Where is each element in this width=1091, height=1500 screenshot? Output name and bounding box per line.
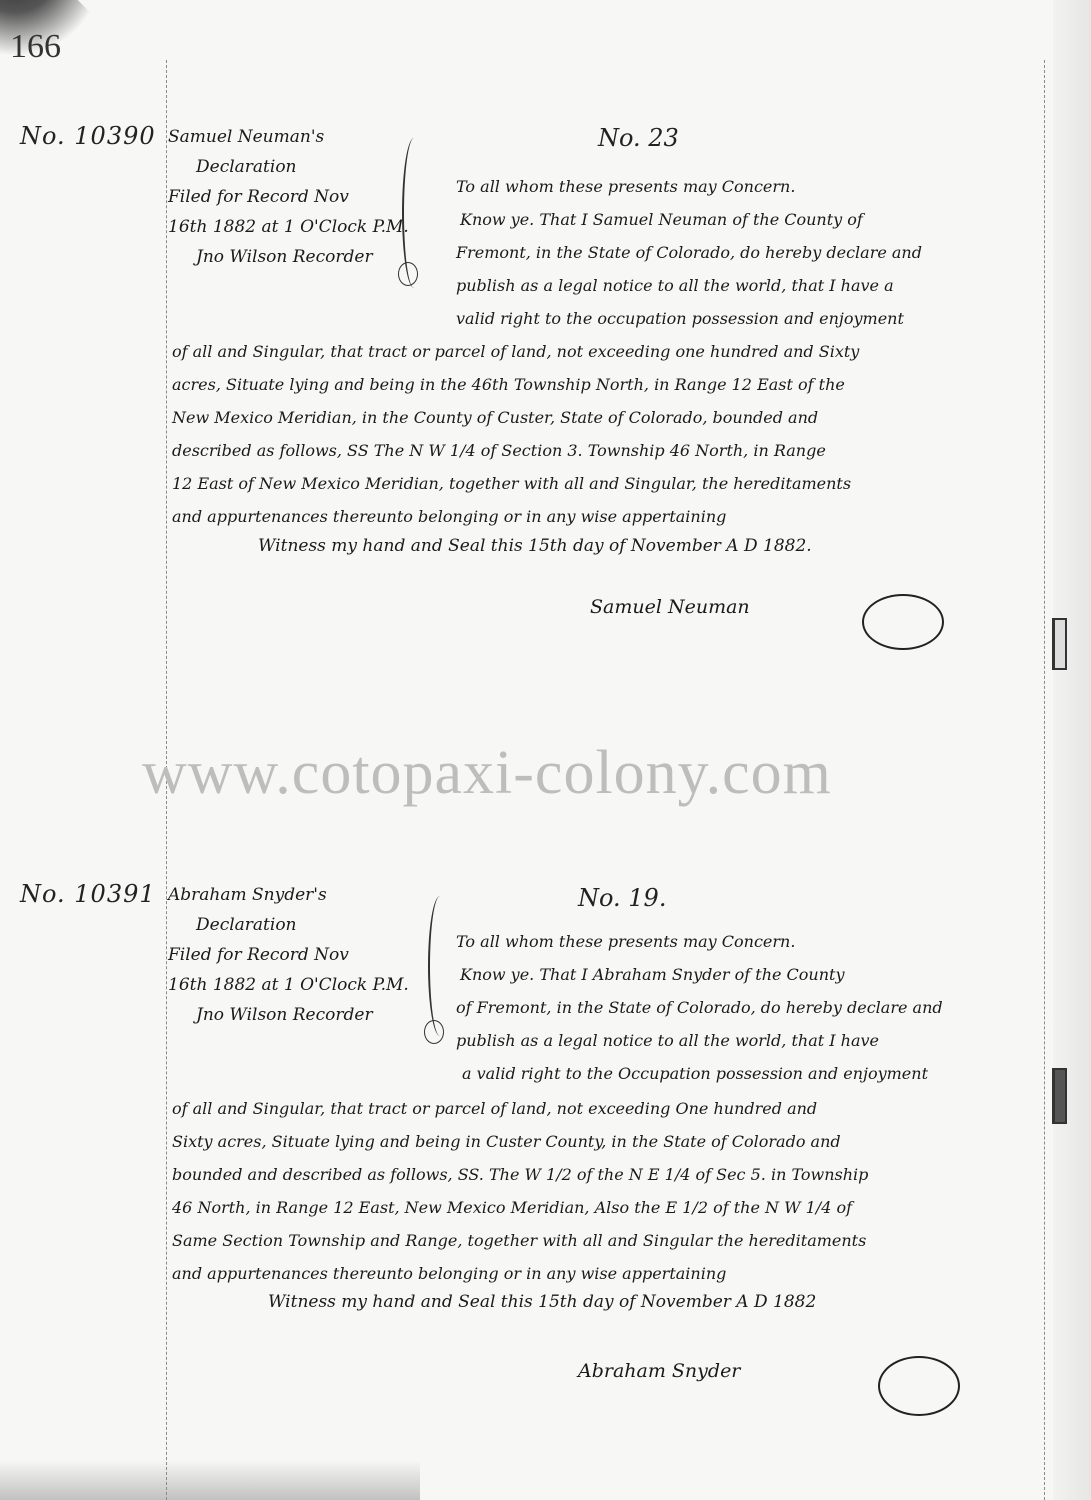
text-line: Know ye. That I Samuel Neuman of the Cou… xyxy=(456,203,922,236)
bottom-shadow xyxy=(0,1460,420,1500)
text-line: and appurtenances thereunto belonging or… xyxy=(172,1257,868,1290)
page-tab-mark xyxy=(1052,618,1067,670)
brace-icon xyxy=(428,896,452,1036)
declaration-body: of all and Singular, that tract or parce… xyxy=(172,335,859,533)
record-number: No. 10391 xyxy=(20,880,156,908)
declaration-number: No. 19. xyxy=(578,884,666,912)
text-line: Know ye. That I Abraham Snyder of the Co… xyxy=(456,958,943,991)
right-margin-line xyxy=(1044,60,1045,1500)
text-line: To all whom these presents may Concern. xyxy=(456,170,922,203)
text-line: valid right to the occupation possession… xyxy=(456,302,922,335)
caption-title: Declaration xyxy=(168,152,408,182)
caption-recorder: Jno Wilson Recorder xyxy=(168,242,408,272)
record-caption: Abraham Snyder's Declaration Filed for R… xyxy=(168,880,408,1030)
seal-dot-icon xyxy=(424,1020,444,1044)
caption-filed: Filed for Record Nov xyxy=(168,182,408,212)
seal-icon xyxy=(878,1356,960,1416)
declaration-body: of all and Singular, that tract or parce… xyxy=(172,1092,868,1290)
binding-edge xyxy=(1053,0,1091,1500)
declaration-opening: To all whom these presents may Concern. … xyxy=(456,925,943,1090)
text-line: New Mexico Meridian, in the County of Cu… xyxy=(172,401,859,434)
caption-name: Abraham Snyder's xyxy=(168,880,408,910)
caption-date: 16th 1882 at 1 O'Clock P.M. xyxy=(168,212,408,242)
page-number: 166 xyxy=(10,28,61,66)
text-line: acres, Situate lying and being in the 46… xyxy=(172,368,859,401)
declaration-opening: To all whom these presents may Concern. … xyxy=(456,170,922,335)
text-line: Same Section Township and Range, togethe… xyxy=(172,1224,868,1257)
caption-name: Samuel Neuman's xyxy=(168,122,408,152)
signature: Samuel Neuman xyxy=(590,596,750,618)
witness-line: Witness my hand and Seal this 15th day o… xyxy=(258,536,812,556)
watermark: www.cotopaxi-colony.com xyxy=(142,738,832,809)
page-tab-mark xyxy=(1052,1068,1067,1124)
text-line: To all whom these presents may Concern. xyxy=(456,925,943,958)
text-line: publish as a legal notice to all the wor… xyxy=(456,1024,943,1057)
signature: Abraham Snyder xyxy=(578,1360,740,1382)
text-line: Sixty acres, Situate lying and being in … xyxy=(172,1125,868,1158)
text-line: 12 East of New Mexico Meridian, together… xyxy=(172,467,859,500)
record-caption: Samuel Neuman's Declaration Filed for Re… xyxy=(168,122,408,272)
witness-line: Witness my hand and Seal this 15th day o… xyxy=(268,1292,816,1312)
text-line: a valid right to the Occupation possessi… xyxy=(456,1057,943,1090)
text-line: of all and Singular, that tract or parce… xyxy=(172,1092,868,1125)
record-number: No. 10390 xyxy=(20,122,156,150)
text-line: publish as a legal notice to all the wor… xyxy=(456,269,922,302)
text-line: Fremont, in the State of Colorado, do he… xyxy=(456,236,922,269)
caption-title: Declaration xyxy=(168,910,408,940)
text-line: of Fremont, in the State of Colorado, do… xyxy=(456,991,943,1024)
caption-date: 16th 1882 at 1 O'Clock P.M. xyxy=(168,970,408,1000)
text-line: bounded and described as follows, SS. Th… xyxy=(172,1158,868,1191)
text-line: described as follows, SS The N W 1/4 of … xyxy=(172,434,859,467)
caption-recorder: Jno Wilson Recorder xyxy=(168,1000,408,1030)
seal-icon xyxy=(862,594,944,650)
text-line: and appurtenances thereunto belonging or… xyxy=(172,500,859,533)
text-line: of all and Singular, that tract or parce… xyxy=(172,335,859,368)
text-line: 46 North, in Range 12 East, New Mexico M… xyxy=(172,1191,868,1224)
seal-dot-icon xyxy=(398,262,418,286)
caption-filed: Filed for Record Nov xyxy=(168,940,408,970)
declaration-number: No. 23 xyxy=(598,124,679,152)
